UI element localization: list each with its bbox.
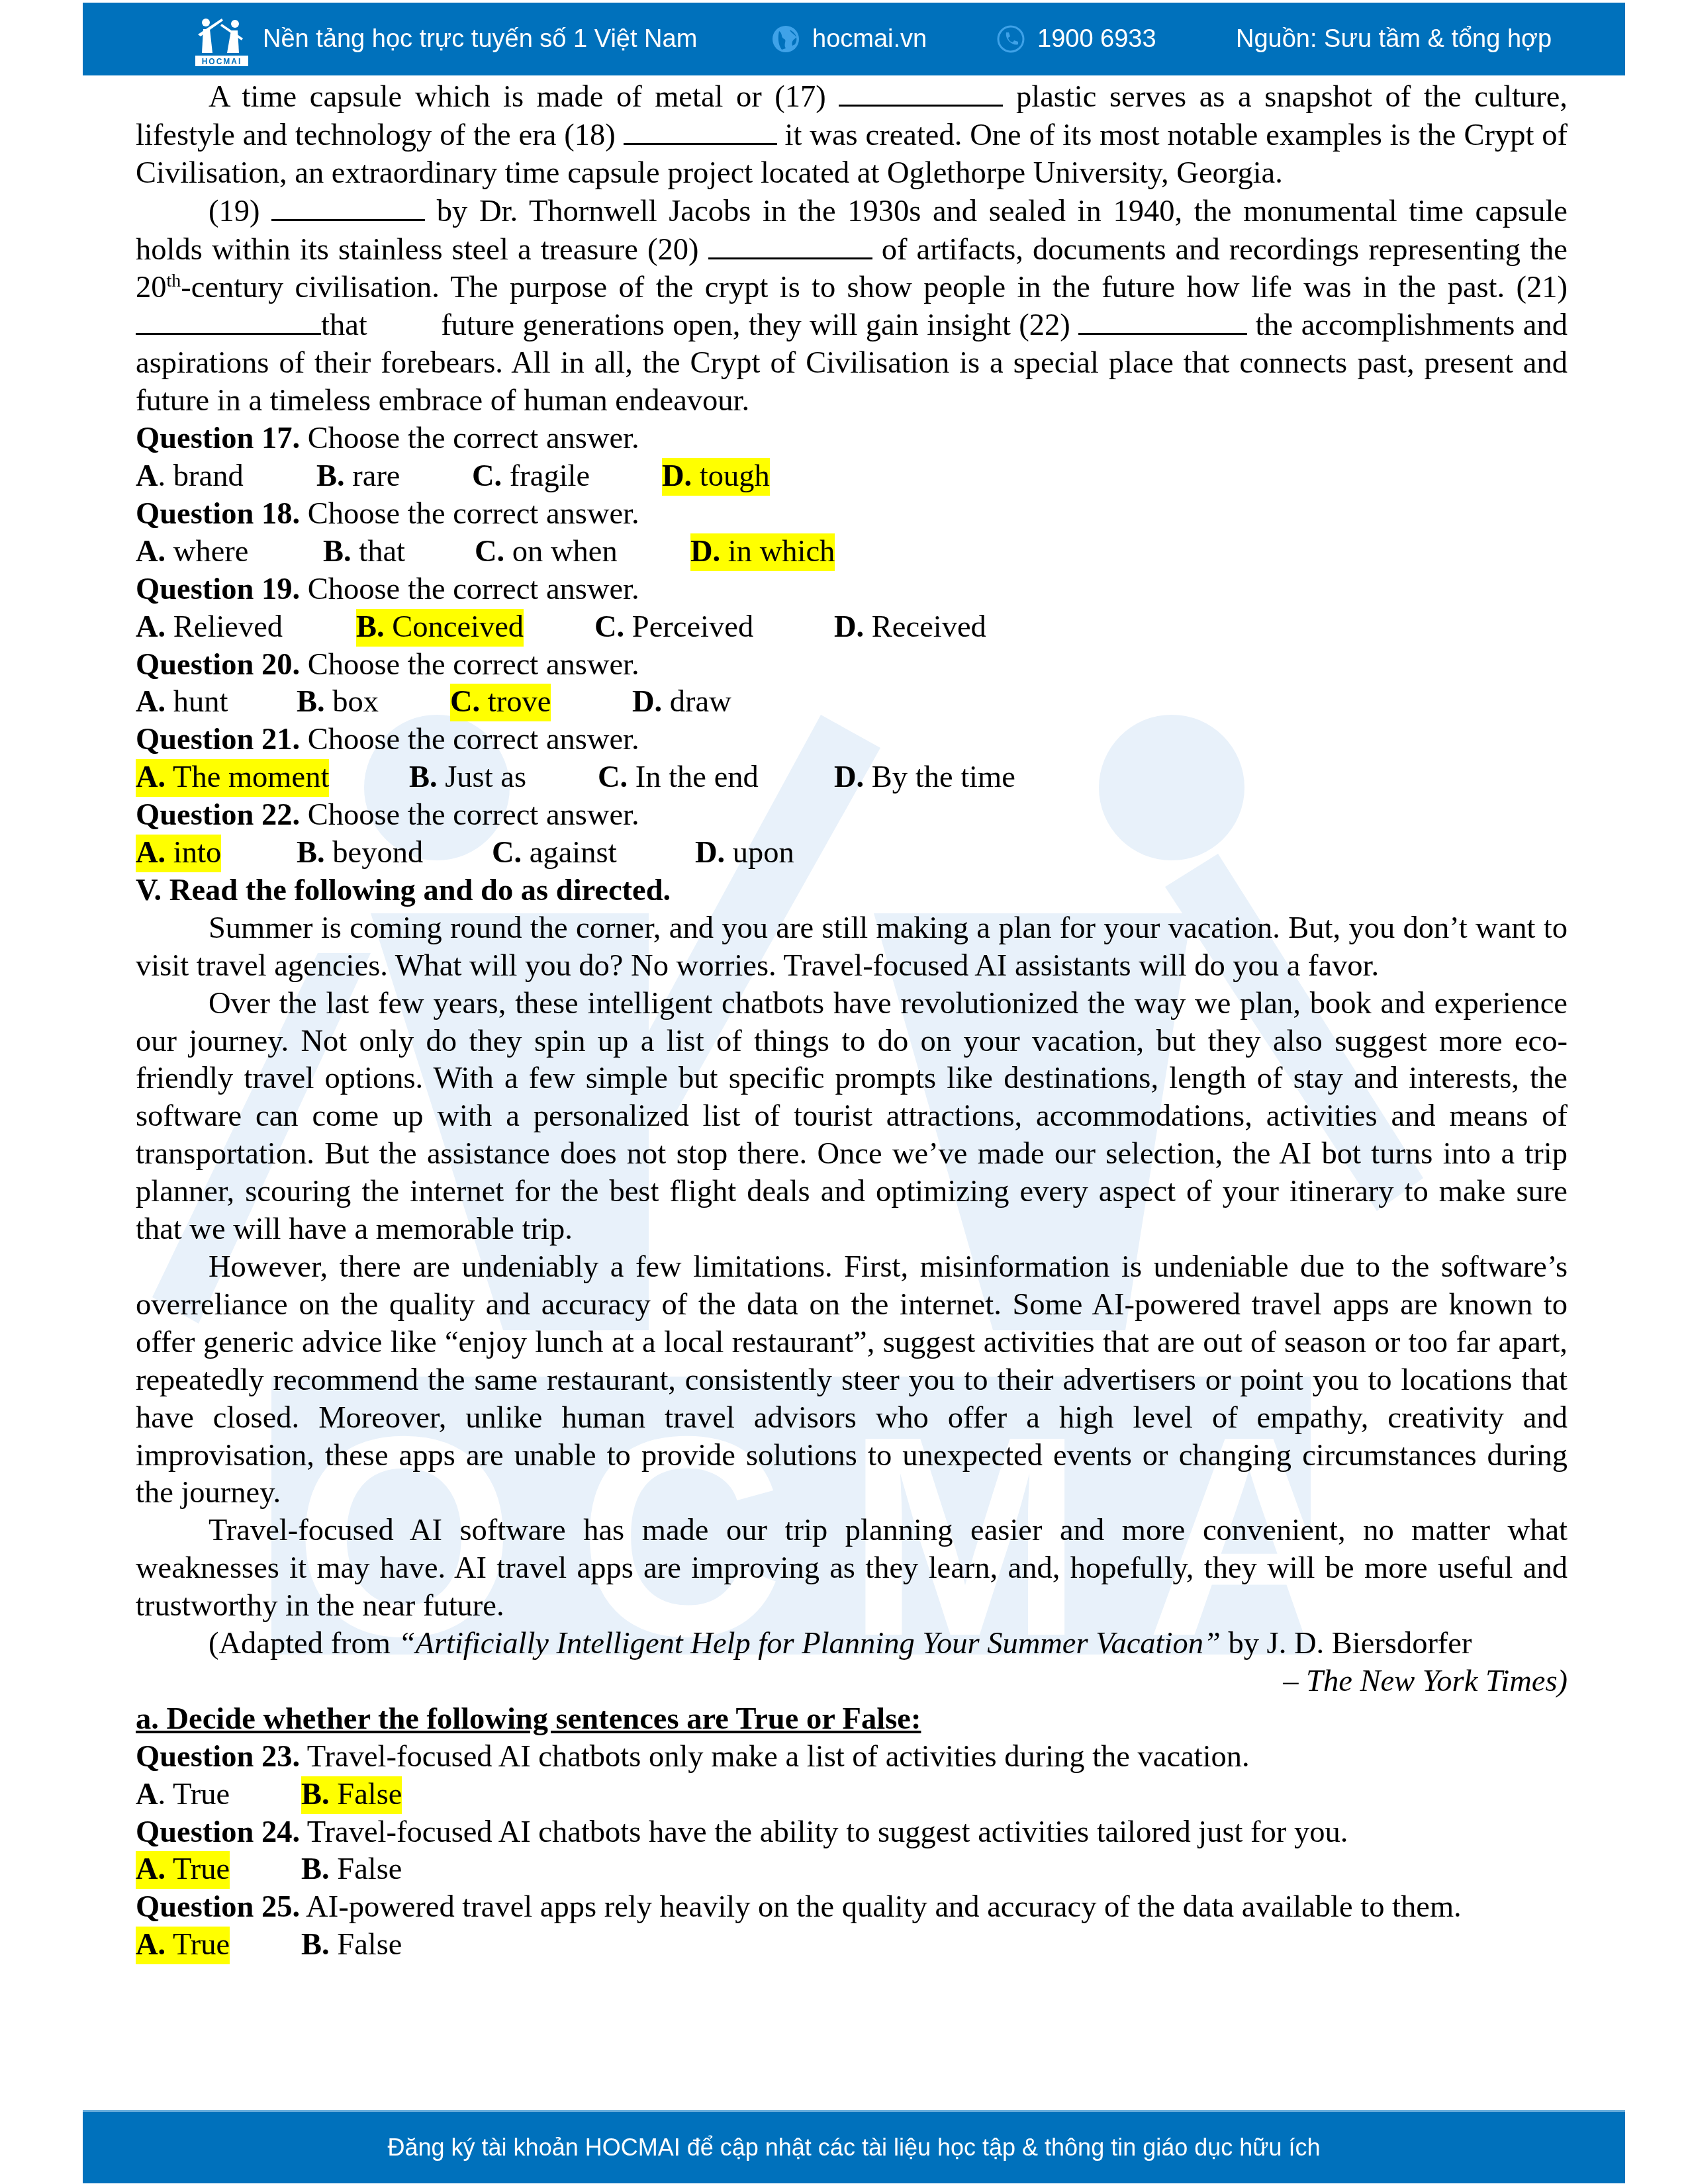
option-key: A. xyxy=(136,1852,165,1886)
answer-options: A. intoB. beyondC. againstD. upon xyxy=(136,835,1568,872)
blank-17 xyxy=(839,78,1003,107)
question-prompt: Question 21. Choose the correct answer. xyxy=(136,721,1568,759)
citation-line: (Adapted from “Artificially Intelligent … xyxy=(136,1625,1568,1663)
option-key: B. xyxy=(297,685,325,719)
option-key: A xyxy=(136,459,158,493)
option-key: A. xyxy=(136,535,165,569)
answer-option-d[interactable]: D. in which xyxy=(690,533,835,571)
hotline-link[interactable]: 1900 6933 xyxy=(996,3,1156,75)
option-text: brand xyxy=(173,459,244,493)
question-prompt: Question 25. AI-powered travel apps rely… xyxy=(136,1889,1568,1927)
answer-option-b[interactable]: B. False xyxy=(301,1851,402,1889)
question-number: Question 18. xyxy=(136,497,300,531)
option-text: fragile xyxy=(510,459,590,493)
option-text: Just as xyxy=(445,760,526,794)
question-text: Choose the correct answer. xyxy=(300,572,639,606)
option-key: D. xyxy=(834,610,864,644)
option-text: box xyxy=(332,685,379,719)
option-key: A. xyxy=(136,685,165,719)
reading-paragraph: However, there are undeniably a few limi… xyxy=(136,1249,1568,1512)
answer-option-b[interactable]: B. Conceived xyxy=(356,609,524,647)
option-separator xyxy=(502,459,510,493)
option-text: where xyxy=(173,535,249,569)
hocmai-logo-icon: HOCMAI xyxy=(195,15,248,68)
option-text: False xyxy=(337,1928,402,1962)
question-text: Choose the correct answer. xyxy=(300,648,639,682)
answer-option-a[interactable]: A. True xyxy=(136,1851,230,1889)
answer-option-b[interactable]: B. beyond xyxy=(297,835,423,872)
option-text: against xyxy=(530,836,617,870)
option-key: B. xyxy=(409,760,438,794)
phone-icon xyxy=(996,24,1025,54)
option-separator xyxy=(352,535,359,569)
citation-publication: – The New York Times) xyxy=(136,1663,1568,1701)
option-text: that xyxy=(359,535,405,569)
answer-option-a[interactable]: A. brand xyxy=(136,458,244,496)
blank-20 xyxy=(708,231,872,259)
answer-option-c[interactable]: C. on when xyxy=(475,533,618,571)
question-number: Question 24. xyxy=(136,1815,300,1849)
answer-options: A. TrueB. False xyxy=(136,1851,1568,1889)
question-prompt: Question 18. Choose the correct answer. xyxy=(136,496,1568,533)
blank-19 xyxy=(271,193,425,221)
option-key: A. xyxy=(136,836,165,870)
reading-passage: Summer is coming round the corner, and y… xyxy=(136,910,1568,1625)
option-text: hunt xyxy=(173,685,228,719)
option-separator xyxy=(165,685,173,719)
question-number: Question 20. xyxy=(136,648,300,682)
option-separator xyxy=(725,836,733,870)
option-key: B. xyxy=(301,1778,330,1811)
question-text: Choose the correct answer. xyxy=(300,798,639,832)
option-key: C. xyxy=(594,610,624,644)
answer-options: A. brandB. rareC. fragileD. tough xyxy=(136,458,1568,496)
question-number: Question 17. xyxy=(136,422,300,455)
option-key: B. xyxy=(316,459,345,493)
answer-options: A. TrueB. False xyxy=(136,1927,1568,1964)
option-text: False xyxy=(337,1778,402,1811)
option-text: The moment xyxy=(173,760,329,794)
footer-text: Đăng ký tài khoản HOCMAI để cập nhật các… xyxy=(388,2134,1321,2161)
question-number: Question 23. xyxy=(136,1740,300,1774)
answer-options: A. The momentB. Just asC. In the endD. B… xyxy=(136,759,1568,797)
option-text: True xyxy=(173,1778,230,1811)
answer-option-c[interactable]: C. fragile xyxy=(472,458,590,496)
option-separator xyxy=(165,1852,173,1886)
option-text: By the time xyxy=(872,760,1015,794)
option-separator xyxy=(330,1852,338,1886)
answer-option-c[interactable]: C. Perceived xyxy=(594,609,753,647)
multiple-choice-questions: Question 17. Choose the correct answer.A… xyxy=(136,420,1568,872)
answer-option-b[interactable]: B. Just as xyxy=(409,759,526,797)
option-separator: . xyxy=(158,1778,173,1811)
passage-paragraph-1: A time capsule which is made of metal or… xyxy=(136,78,1568,193)
footer-banner[interactable]: Đăng ký tài khoản HOCMAI để cập nhật các… xyxy=(83,2110,1625,2183)
hotline-text: 1900 6933 xyxy=(1037,25,1156,54)
answer-option-a[interactable]: A. Relieved xyxy=(136,609,283,647)
option-separator xyxy=(480,685,488,719)
true-false-questions: Question 23. Travel-focused AI chatbots … xyxy=(136,1739,1568,1964)
option-key: B. xyxy=(323,535,352,569)
option-separator xyxy=(165,610,173,644)
question-prompt: Question 17. Choose the correct answer. xyxy=(136,420,1568,458)
answer-option-a[interactable]: A. into xyxy=(136,835,221,872)
option-separator xyxy=(864,610,872,644)
option-key: D. xyxy=(632,685,662,719)
option-separator xyxy=(330,1778,338,1811)
option-text: Relieved xyxy=(173,610,283,644)
logo-text: HOCMAI xyxy=(202,57,242,66)
answer-option-b[interactable]: B. False xyxy=(301,1776,402,1814)
option-text: True xyxy=(173,1852,230,1886)
option-separator xyxy=(165,836,173,870)
answer-option-d[interactable]: D. draw xyxy=(632,684,731,721)
option-separator xyxy=(165,1928,173,1962)
option-separator xyxy=(628,760,635,794)
option-key: C. xyxy=(472,459,502,493)
option-key: C. xyxy=(450,685,480,719)
option-separator xyxy=(325,685,333,719)
answer-option-b[interactable]: B. that xyxy=(323,533,405,571)
reading-paragraph: Travel-focused AI software has made our … xyxy=(136,1512,1568,1625)
option-key: C. xyxy=(492,836,522,870)
question-prompt: Question 23. Travel-focused AI chatbots … xyxy=(136,1739,1568,1776)
blank-22 xyxy=(1078,306,1247,335)
answer-option-c[interactable]: C. trove xyxy=(450,684,551,721)
option-separator xyxy=(522,836,530,870)
answer-option-b[interactable]: B. rare xyxy=(316,458,400,496)
option-separator xyxy=(330,1928,338,1962)
section-v-heading: V. Read the following and do as directed… xyxy=(136,872,1568,910)
option-separator: . xyxy=(158,459,173,493)
option-key: A. xyxy=(136,610,165,644)
answer-option-a[interactable]: A. True xyxy=(136,1927,230,1964)
option-key: A xyxy=(136,1778,158,1811)
answer-options: A. RelievedB. ConceivedC. PerceivedD. Re… xyxy=(136,609,1568,647)
option-separator xyxy=(504,535,512,569)
option-text: in which xyxy=(728,535,835,569)
option-key: B. xyxy=(301,1928,330,1962)
option-text: Conceived xyxy=(392,610,524,644)
answer-option-b[interactable]: B. box xyxy=(297,684,379,721)
option-text: into xyxy=(173,836,221,870)
question-number: Question 25. xyxy=(136,1890,300,1924)
answer-option-a[interactable]: A. The moment xyxy=(136,759,329,797)
question-text: Choose the correct answer. xyxy=(300,422,639,455)
option-separator xyxy=(864,760,872,794)
answer-option-b[interactable]: B. False xyxy=(301,1927,402,1964)
globe-icon xyxy=(771,24,800,54)
option-separator xyxy=(165,535,173,569)
option-separator xyxy=(662,685,670,719)
option-text: trove xyxy=(488,685,551,719)
option-text: True xyxy=(173,1928,230,1962)
answer-option-a[interactable]: A. True xyxy=(136,1776,230,1814)
question-text: Travel-focused AI chatbots only make a l… xyxy=(300,1740,1250,1774)
question-prompt: Question 20. Choose the correct answer. xyxy=(136,647,1568,684)
blank-21 xyxy=(136,306,321,335)
question-text: Travel-focused AI chatbots have the abil… xyxy=(300,1815,1348,1849)
question-number: Question 21. xyxy=(136,723,300,756)
option-text: Received xyxy=(872,610,986,644)
option-key: C. xyxy=(475,535,504,569)
option-separator xyxy=(692,459,700,493)
blank-18 xyxy=(624,116,777,145)
option-separator xyxy=(624,610,632,644)
option-text: on when xyxy=(512,535,618,569)
answer-option-d[interactable]: D. By the time xyxy=(834,759,1015,797)
option-text: Perceived xyxy=(632,610,753,644)
website-link[interactable]: hocmai.vn xyxy=(771,3,927,75)
answer-option-a[interactable]: A. where xyxy=(136,533,248,571)
question-prompt: Question 22. Choose the correct answer. xyxy=(136,797,1568,835)
document-page: A time capsule which is made of metal or… xyxy=(136,78,1568,1964)
website-text: hocmai.vn xyxy=(812,25,927,54)
source-text: Nguồn: Sưu tầm & tổng hợp xyxy=(1236,3,1552,75)
header-banner: HOCMAI Nền tảng học trực tuyến số 1 Việt… xyxy=(83,3,1625,75)
passage-paragraph-2: (19) by Dr. Thornwell Jacobs in the 1930… xyxy=(136,193,1568,420)
option-key: B. xyxy=(356,610,385,644)
option-key: A. xyxy=(136,760,165,794)
answer-options: A. TrueB. False xyxy=(136,1776,1568,1814)
option-separator xyxy=(325,836,333,870)
option-text: In the end xyxy=(635,760,759,794)
question-number: Question 19. xyxy=(136,572,300,606)
option-separator xyxy=(438,760,445,794)
true-false-heading: a. Decide whether the following sentence… xyxy=(136,1701,1568,1739)
question-number: Question 22. xyxy=(136,798,300,832)
answer-option-d[interactable]: D. upon xyxy=(695,835,794,872)
answer-option-d[interactable]: D. tough xyxy=(662,458,770,496)
question-text: Choose the correct answer. xyxy=(300,723,639,756)
option-key: B. xyxy=(301,1852,330,1886)
option-separator xyxy=(385,610,393,644)
option-separator xyxy=(720,535,728,569)
option-key: B. xyxy=(297,836,325,870)
option-separator xyxy=(345,459,353,493)
question-text: Choose the correct answer. xyxy=(300,497,639,531)
reading-paragraph: Over the last few years, these intellige… xyxy=(136,985,1568,1249)
answer-option-c[interactable]: C. against xyxy=(492,835,617,872)
answer-option-d[interactable]: D. Received xyxy=(834,609,986,647)
option-key: D. xyxy=(690,535,720,569)
option-text: draw xyxy=(670,685,731,719)
option-text: False xyxy=(337,1852,402,1886)
reading-paragraph: Summer is coming round the corner, and y… xyxy=(136,910,1568,985)
option-text: tough xyxy=(700,459,770,493)
answer-options: A. whereB. thatC. on whenD. in which xyxy=(136,533,1568,571)
question-text: AI-powered travel apps rely heavily on t… xyxy=(300,1890,1462,1924)
question-prompt: Question 24. Travel-focused AI chatbots … xyxy=(136,1814,1568,1852)
answer-option-a[interactable]: A. hunt xyxy=(136,684,228,721)
option-key: D. xyxy=(834,760,864,794)
option-key: D. xyxy=(662,459,692,493)
option-key: C. xyxy=(598,760,628,794)
answer-options: A. huntB. boxC. troveD. draw xyxy=(136,684,1568,721)
option-text: beyond xyxy=(332,836,423,870)
answer-option-c[interactable]: C. In the end xyxy=(598,759,759,797)
option-text: rare xyxy=(352,459,400,493)
question-prompt: Question 19. Choose the correct answer. xyxy=(136,571,1568,609)
option-key: A. xyxy=(136,1928,165,1962)
option-text: upon xyxy=(733,836,794,870)
header-slogan: Nền tảng học trực tuyến số 1 Việt Nam xyxy=(263,3,697,75)
option-separator xyxy=(165,760,173,794)
option-key: D. xyxy=(695,836,725,870)
